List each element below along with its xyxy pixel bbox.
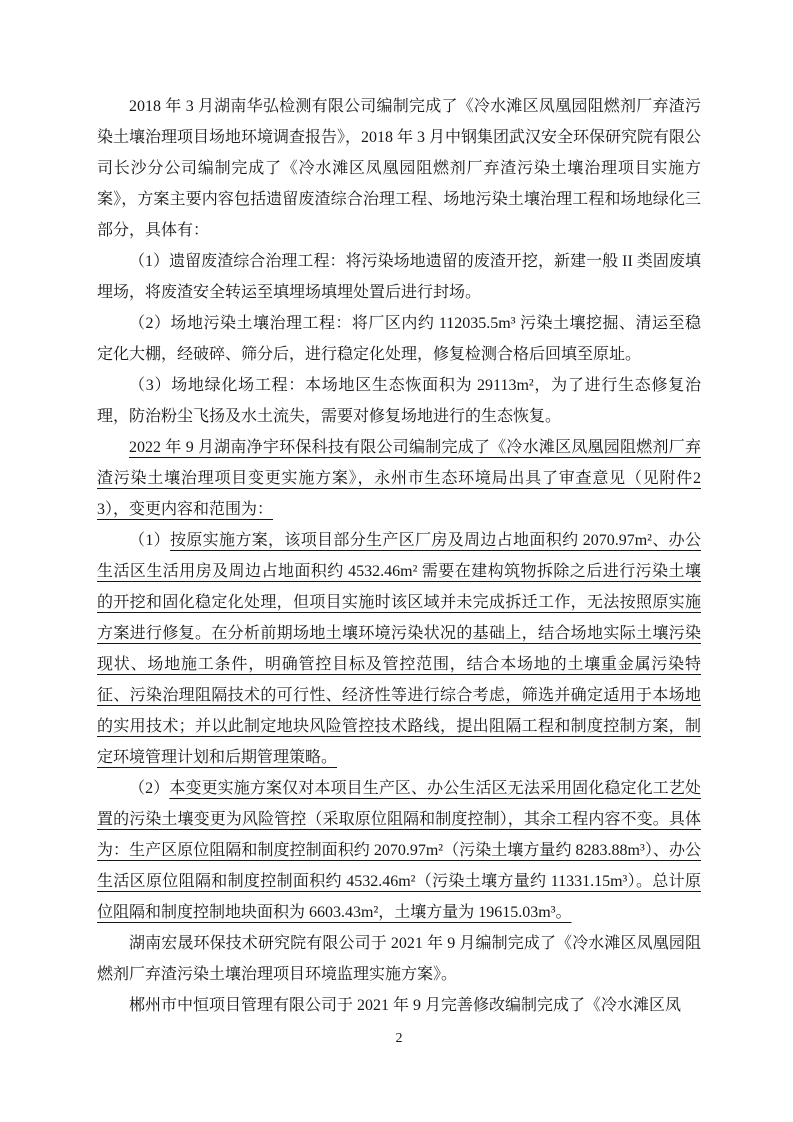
change-item-1-paragraph: （1）按原实施方案，该项目部分生产区厂房及周边占地面积约 2070.97m²、办… [97,525,701,773]
paragraph-text: 湖南宏晟环保技术研究院有限公司于 2021 年 9 月编制完成了《冷水滩区凤凰园… [97,935,701,983]
page-number: 2 [97,1029,701,1049]
paragraph-text-underlined: 2022 年 9 月湖南净宇环保科技有限公司编制完成了《冷水滩区凤凰园阻燃剂厂弃… [97,439,701,518]
supervision-plan-2021-paragraph: 湖南宏晟环保技术研究院有限公司于 2021 年 9 月编制完成了《冷水滩区凤凰园… [97,928,701,990]
paragraph-prefix: （1） [129,532,170,549]
item-1-legacy-waste-paragraph: （1）遗留废渣综合治理工程：将污染场地遗留的废渣开挖，新建一般 II 类固废填埋… [97,246,701,308]
document-body: 2018 年 3 月湖南华弘检测有限公司编制完成了《冷水滩区凤凰园阻燃剂厂弃渣污… [97,91,701,1021]
paragraph-text: 2018 年 3 月湖南华弘检测有限公司编制完成了《冷水滩区凤凰园阻燃剂厂弃渣污… [97,98,701,239]
paragraph-text: （1）遗留废渣综合治理工程：将污染场地遗留的废渣开挖，新建一般 II 类固废填埋… [97,253,701,301]
paragraph-prefix: （2） [129,780,169,797]
paragraph-text: 郴州市中恒项目管理有限公司于 2021 年 9 月完善修改编制完成了《冷水滩区凤 [129,997,681,1014]
paragraph-text-underlined: 按原实施方案，该项目部分生产区厂房及周边占地面积约 2070.97m²、办公生活… [97,532,701,766]
paragraph-text: （3）场地绿化场工程：本场地区生态恢面积为 29113m²，为了进行生态修复治理… [97,377,701,425]
paragraph-text: （2）场地污染土壤治理工程：将厂区内约 112035.5m³ 污染土壤挖掘、清运… [97,315,701,363]
item-3-greening-paragraph: （3）场地绿化场工程：本场地区生态恢面积为 29113m²，为了进行生态修复治理… [97,370,701,432]
intro-2018-reports-paragraph: 2018 年 3 月湖南华弘检测有限公司编制完成了《冷水滩区凤凰园阻燃剂厂弃渣污… [97,91,701,246]
change-plan-2022-paragraph: 2022 年 9 月湖南净宇环保科技有限公司编制完成了《冷水滩区凤凰园阻燃剂厂弃… [97,432,701,525]
zhongheng-2021-paragraph: 郴州市中恒项目管理有限公司于 2021 年 9 月完善修改编制完成了《冷水滩区凤 [97,990,701,1021]
item-2-soil-treatment-paragraph: （2）场地污染土壤治理工程：将厂区内约 112035.5m³ 污染土壤挖掘、清运… [97,308,701,370]
change-item-2-paragraph: （2）本变更实施方案仅对本项目生产区、办公生活区无法采用固化稳定化工艺处置的污染… [97,773,701,928]
document-page: 2018 年 3 月湖南华弘检测有限公司编制完成了《冷水滩区凤凰园阻燃剂厂弃渣污… [0,0,793,1122]
paragraph-text-underlined: 本变更实施方案仅对本项目生产区、办公生活区无法采用固化稳定化工艺处置的污染土壤变… [97,780,701,921]
